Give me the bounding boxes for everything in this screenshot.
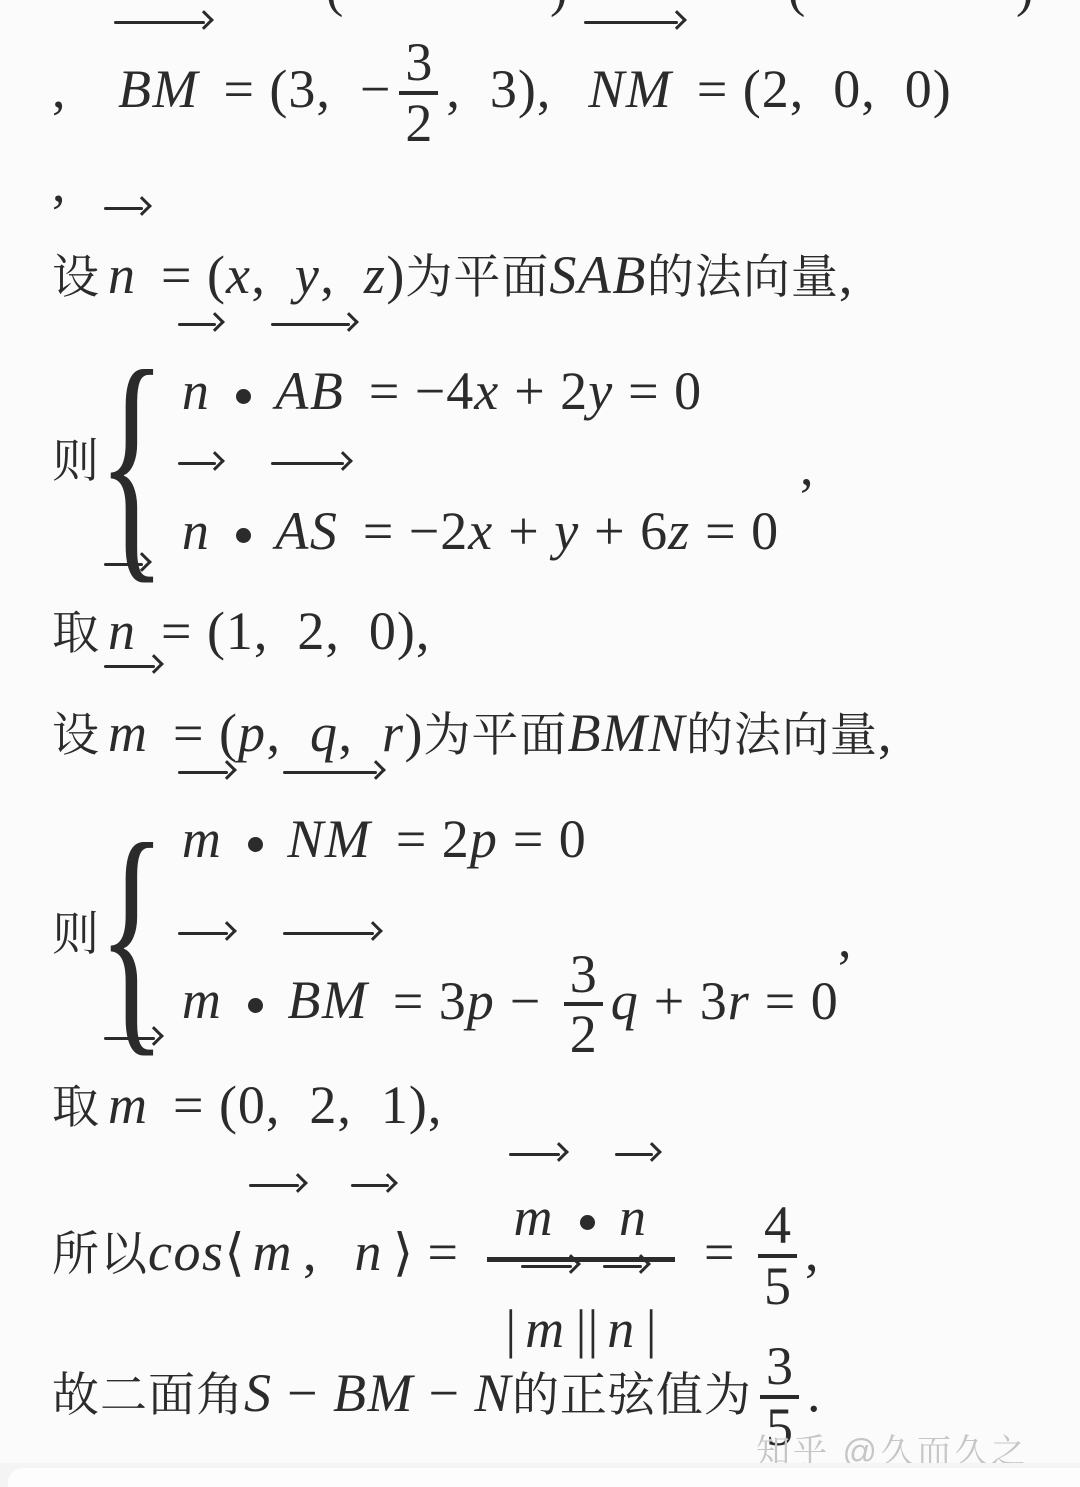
- math-text: −: [495, 970, 555, 1030]
- vector-m: m: [108, 700, 149, 768]
- math-variable: N: [474, 1363, 512, 1423]
- equation-rows: mNM = 2p = 0mBM = 3p − 32q + 3r = 0: [174, 806, 839, 1063]
- angle-bracket: ⟨: [224, 1223, 244, 1283]
- system-plane-sab: 则{nAB = −4x + 2y = 0nAS = −2x + y + 6z =…: [52, 352, 779, 571]
- vector-arrow-icon: [271, 314, 354, 328]
- math-text: ): [386, 245, 405, 305]
- chinese-text: 的法向量: [686, 708, 878, 761]
- math-text: −: [414, 1363, 474, 1423]
- cutoff-paren-fragment: (: [788, 0, 805, 19]
- math-text: ,: [303, 1222, 347, 1282]
- display-fraction: mn|m||n|: [487, 1152, 675, 1360]
- chinese-text: 的法向量: [647, 250, 839, 303]
- math-variable: SAB: [549, 245, 646, 305]
- trailing-comma: ,: [838, 906, 853, 974]
- dot-product-icon: [236, 528, 251, 543]
- math-variable: cos: [148, 1222, 224, 1282]
- math-text: , 3),: [446, 59, 580, 119]
- vector-letters: m: [513, 1187, 554, 1247]
- fraction-denominator: 2: [564, 1002, 603, 1063]
- line-bm-nm-vectors: , BM = (3, −32, 3), NM = (2, 0, 0): [52, 34, 952, 151]
- chinese-text: 设: [52, 250, 100, 303]
- equation-row: mBM = 3p − 32q + 3r = 0: [174, 946, 839, 1063]
- cutoff-paren-fragment: (: [326, 0, 343, 19]
- vector-arrow-icon: [521, 1256, 576, 1270]
- math-text: = 3: [378, 970, 466, 1030]
- vector-n: n: [355, 1219, 384, 1287]
- equation-rows: nAB = −4x + 2y = 0nAS = −2x + y + 6z = 0: [174, 358, 779, 565]
- vector-letters: NM: [287, 809, 371, 869]
- left-brace-icon: {: [98, 352, 166, 571]
- math-variable: BM: [333, 1363, 414, 1423]
- cutoff-paren-fragment: ): [1016, 0, 1033, 19]
- chinese-text: 所以: [52, 1227, 148, 1280]
- vector-n: n: [108, 242, 137, 310]
- math-text: = 0: [498, 809, 586, 869]
- math-text: + 2: [500, 361, 588, 421]
- math-text: ,: [251, 245, 295, 305]
- math-text: = 2: [381, 809, 469, 869]
- math-text: = (: [159, 703, 238, 763]
- vector-letters: AB: [275, 361, 344, 421]
- vector-arrow-icon: [509, 1144, 564, 1158]
- fraction-denominator: 5: [758, 1254, 797, 1315]
- chinese-text: 设: [52, 708, 100, 761]
- math-text: ,: [52, 59, 110, 119]
- vector-bm: BM: [118, 56, 199, 124]
- vector-letters: n: [108, 601, 137, 661]
- math-variable: r: [382, 703, 405, 763]
- math-variable: BMN: [567, 703, 686, 763]
- cutoff-paren-fragment: ): [550, 0, 567, 19]
- math-text: ,: [52, 153, 67, 213]
- math-variable: z: [364, 245, 387, 305]
- dot-product-icon: [248, 837, 263, 852]
- trailing-comma: ,: [800, 433, 815, 501]
- math-text: = 0: [750, 970, 838, 1030]
- vector-letters: n: [355, 1222, 384, 1282]
- chinese-text: 为平面: [405, 250, 549, 303]
- line-set-m: 设m = (p, q, r)为平面BMN的法向量,: [52, 700, 892, 768]
- vector-m: m: [513, 1188, 554, 1247]
- math-text: + 3: [639, 970, 727, 1030]
- math-variable: S: [244, 1363, 273, 1423]
- vector-letters: n: [182, 501, 211, 561]
- vector-letters: m: [182, 970, 223, 1030]
- fraction: 32: [564, 946, 603, 1063]
- math-text: = (: [147, 245, 226, 305]
- chinese-text: 取: [52, 606, 100, 659]
- vector-arrow-icon: [584, 12, 682, 26]
- math-text: = 0: [614, 361, 702, 421]
- math-variable: x: [226, 245, 251, 305]
- bottom-strip: [0, 1463, 1080, 1487]
- math-text: ): [404, 703, 423, 763]
- fraction-numerator: mn: [487, 1152, 675, 1262]
- vector-bm: BM: [287, 967, 368, 1035]
- math-text: + 6: [580, 501, 668, 561]
- line-lone-comma: ,: [52, 150, 67, 218]
- math-variable: p: [238, 703, 267, 763]
- math-text: = −2: [348, 501, 468, 561]
- vector-arrow-icon: [603, 1256, 646, 1270]
- math-text: = (2, 0, 0): [682, 59, 951, 119]
- math-text: +: [494, 501, 554, 561]
- math-text: = 0: [691, 501, 779, 561]
- vector-arrow-icon: [178, 762, 233, 776]
- vector-letters: NM: [588, 59, 672, 119]
- chinese-text: 为平面: [423, 708, 567, 761]
- bottom-card-edge: [8, 1468, 1080, 1487]
- left-brace-icon: {: [98, 825, 166, 1044]
- vector-n: n: [182, 358, 211, 426]
- line-take-m: 取m = (0, 2, 1),: [52, 1072, 442, 1140]
- vector-arrow-icon: [104, 554, 147, 568]
- math-variable: y: [554, 501, 579, 561]
- vector-n: n: [182, 498, 211, 566]
- fraction: 32: [399, 34, 438, 151]
- vector-letters: n: [619, 1187, 648, 1247]
- line-conclusion: 故二面角S − BM − N的正弦值为35.: [52, 1338, 821, 1455]
- vector-arrow-icon: [114, 12, 209, 26]
- math-variable: x: [474, 361, 499, 421]
- angle-bracket: ⟩: [393, 1223, 413, 1283]
- line-cosine: 所以cos⟨m, n⟩ = mn|m||n| = 45,: [52, 1152, 819, 1360]
- math-variable: q: [611, 970, 640, 1030]
- vector-m: m: [253, 1219, 294, 1287]
- math-text: ,: [338, 703, 382, 763]
- math-variable: p: [467, 970, 496, 1030]
- math-text: ,: [320, 245, 364, 305]
- fraction: 45: [758, 1197, 797, 1314]
- fraction-numerator: 4: [758, 1197, 797, 1254]
- math-text: = −4: [354, 361, 474, 421]
- vector-letters: m: [253, 1222, 294, 1282]
- math-text: = (1, 2, 0),: [147, 601, 431, 661]
- math-text: .: [807, 1363, 822, 1423]
- vector-m: m: [182, 967, 223, 1035]
- vector-ab: AB: [275, 358, 344, 426]
- chinese-text: 则: [52, 905, 100, 964]
- vector-letters: BM: [287, 970, 368, 1030]
- vector-letters: AS: [275, 501, 338, 561]
- vector-m: m: [108, 1072, 149, 1140]
- vector-arrow-icon: [104, 198, 147, 212]
- vector-letters: n: [108, 245, 137, 305]
- fraction-numerator: 3: [399, 34, 438, 91]
- chinese-text: 则: [52, 432, 100, 491]
- equation-row: nAS = −2x + y + 6z = 0: [174, 498, 779, 566]
- vector-arrow-icon: [283, 762, 381, 776]
- vector-arrow-icon: [271, 453, 348, 467]
- vector-as: AS: [275, 498, 338, 566]
- math-variable: y: [295, 245, 320, 305]
- math-text: ,: [839, 245, 854, 305]
- chinese-text: 的正弦值为: [512, 1368, 752, 1421]
- vector-arrow-icon: [283, 923, 378, 937]
- math-solution-page: ()() , BM = (3, −32, 3), NM = (2, 0, 0),…: [0, 0, 1080, 1487]
- math-text: −: [273, 1363, 333, 1423]
- dot-product-icon: [248, 998, 263, 1013]
- dot-product-icon: [236, 389, 251, 404]
- fraction-numerator: 3: [760, 1338, 799, 1395]
- math-text: ,: [266, 703, 310, 763]
- math-variable: r: [728, 970, 751, 1030]
- vector-letters: n: [182, 361, 211, 421]
- vector-arrow-icon: [104, 656, 159, 670]
- vector-n: n: [619, 1188, 648, 1247]
- chinese-text: 故二面角: [52, 1368, 244, 1421]
- vector-arrow-icon: [178, 923, 233, 937]
- math-text: = (0, 2, 1),: [159, 1075, 443, 1135]
- math-variable: p: [470, 809, 499, 869]
- vector-m: m: [182, 806, 223, 874]
- equation-row: mNM = 2p = 0: [174, 806, 839, 874]
- vector-arrow-icon: [249, 1175, 304, 1189]
- fraction-numerator: 3: [564, 946, 603, 1003]
- vector-letters: m: [108, 1075, 149, 1135]
- math-variable: q: [310, 703, 339, 763]
- vector-arrow-icon: [104, 1028, 159, 1042]
- math-variable: x: [468, 501, 493, 561]
- dot-product-icon: [580, 1215, 595, 1230]
- vector-nm: NM: [588, 56, 672, 124]
- math-variable: z: [668, 501, 691, 561]
- vector-nm: NM: [287, 806, 371, 874]
- math-text: =: [413, 1222, 473, 1282]
- chinese-text: 取: [52, 1080, 100, 1133]
- math-text: ,: [805, 1222, 820, 1282]
- vector-arrow-icon: [178, 453, 221, 467]
- vector-arrow-icon: [615, 1144, 658, 1158]
- line-set-n: 设n = (x, y, z)为平面SAB的法向量,: [52, 242, 853, 310]
- equation-row: nAB = −4x + 2y = 0: [174, 358, 779, 426]
- system-plane-bmn: 则{mNM = 2p = 0mBM = 3p − 32q + 3r = 0,: [52, 806, 839, 1063]
- math-text: ,: [878, 703, 893, 763]
- math-text: =: [689, 1222, 749, 1282]
- vector-arrow-icon: [351, 1175, 394, 1189]
- vector-arrow-icon: [178, 314, 221, 328]
- vector-letters: m: [108, 703, 149, 763]
- fraction-denominator: 2: [399, 91, 438, 152]
- vector-letters: BM: [118, 59, 199, 119]
- math-variable: y: [588, 361, 613, 421]
- vector-letters: m: [182, 809, 223, 869]
- math-text: = (3, −: [209, 59, 391, 119]
